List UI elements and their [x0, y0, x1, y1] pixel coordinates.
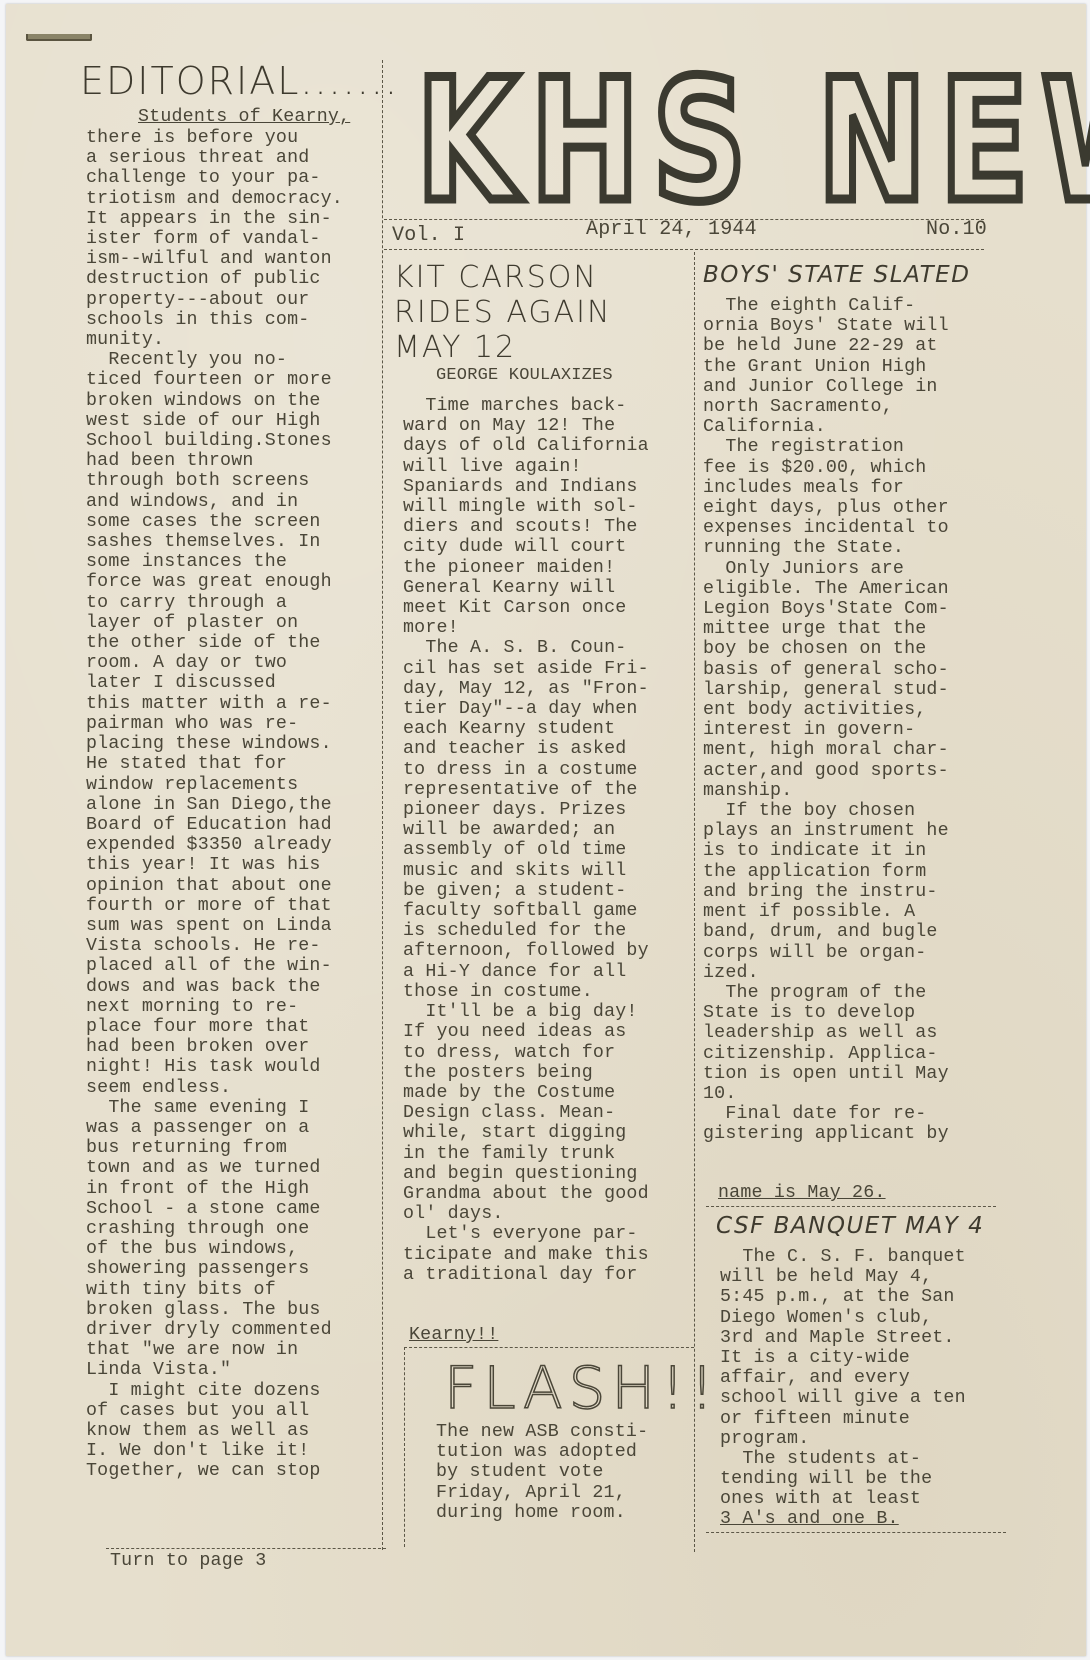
csf-last-line: 3 A's and one B.	[720, 1509, 899, 1529]
kit-carson-line: a Hi-Y dance for all	[403, 962, 693, 982]
editorial-line: alone in San Diego,the	[86, 795, 376, 815]
editorial-line: room. A day or two	[86, 653, 376, 673]
boys-state-line: citizenship. Applica-	[703, 1044, 993, 1064]
flash-body: The new ASB consti-tution was adoptedby …	[436, 1422, 648, 1523]
kit-carson-line: a traditional day for	[403, 1265, 693, 1285]
editorial-salutation: Students of Kearny,	[138, 107, 350, 127]
csf-line: will be held May 4,	[720, 1267, 1010, 1287]
boys-state-line: ornia Boys' State will	[703, 316, 993, 336]
boys-state-line: larship, general stud-	[703, 680, 993, 700]
kit-carson-line: to dress in a costume	[403, 760, 693, 780]
kit-carson-line: Spaniards and Indians	[403, 477, 693, 497]
boys-state-line: If the boy chosen	[703, 801, 993, 821]
kit-carson-line: is scheduled for the	[403, 921, 693, 941]
editorial-line: driver dryly commented	[86, 1320, 376, 1340]
kit-carson-line: while, start digging	[403, 1123, 693, 1143]
boys-state-line: eight days, plus other	[703, 498, 993, 518]
csf-line: The C. S. F. banquet	[720, 1247, 1010, 1267]
csf-body: The C. S. F. banquetwill be held May 4,5…	[720, 1247, 1010, 1510]
editorial-line: destruction of public	[86, 269, 376, 289]
kit-carson-line: those in costume.	[403, 982, 693, 1002]
csf-line: It is a city-wide	[720, 1348, 1010, 1368]
editorial-salutation-text: Students of Kearny,	[138, 107, 350, 127]
kit-carson-line: will mingle with sol-	[403, 497, 693, 517]
editorial-line: I. We don't like it!	[86, 1441, 376, 1461]
editorial-line: had been thrown	[86, 451, 376, 471]
editorial-line: place four more that	[86, 1017, 376, 1037]
kit-carson-line: in the family trunk	[403, 1144, 693, 1164]
boys-state-line: Legion Boys'State Com-	[703, 599, 993, 619]
masthead-date: April 24, 1944	[586, 220, 757, 240]
editorial-line: town and as we turned	[86, 1158, 376, 1178]
editorial-line: the other side of the	[86, 633, 376, 653]
boys-state-line: The eighth Calif-	[703, 296, 993, 316]
kit-carson-headline-line-3: MAY 12	[394, 330, 611, 365]
editorial-line: ticed fourteen or more	[86, 370, 376, 390]
kit-carson-line: If you need ideas as	[403, 1022, 693, 1042]
editorial-line: know them as well as	[86, 1421, 376, 1441]
editorial-heading: EDITORIAL.......	[80, 60, 399, 102]
kit-carson-line: and teacher is asked	[403, 739, 693, 759]
kit-carson-line: to dress, watch for	[403, 1043, 693, 1063]
editorial-line: sum was spent on Linda	[86, 916, 376, 936]
kit-carson-line: will live again!	[403, 457, 693, 477]
editorial-line: It appears in the sin-	[86, 209, 376, 229]
editorial-line: this year! It was his	[86, 855, 376, 875]
editorial-line: Board of Education had	[86, 815, 376, 835]
editorial-line: some cases the screen	[86, 512, 376, 532]
boys-state-line: and Junior College in	[703, 377, 993, 397]
boys-state-body: The eighth Calif-ornia Boys' State willb…	[703, 296, 993, 1145]
csf-bottom-rule	[706, 1532, 1006, 1533]
kit-carson-line: Design class. Mean-	[403, 1103, 693, 1123]
editorial-line: had been broken over	[86, 1037, 376, 1057]
masthead-title-text: KHS NEWS	[416, 56, 1090, 226]
flash-line: tution was adopted	[436, 1442, 648, 1462]
editorial-line: later I discussed	[86, 673, 376, 693]
boys-state-line: be held June 22-29 at	[703, 336, 993, 356]
editorial-line: next morning to re-	[86, 997, 376, 1017]
editorial-line: property---about our	[86, 290, 376, 310]
editorial-line: expended $3350 already	[86, 835, 376, 855]
kit-carson-line: the posters being	[403, 1063, 693, 1083]
kit-carson-line: and begin questioning	[403, 1164, 693, 1184]
editorial-line: bus returning from	[86, 1138, 376, 1158]
editorial-line: Recently you no-	[86, 350, 376, 370]
editorial-line: triotism and democracy.	[86, 189, 376, 209]
boys-state-line: Only Juniors are	[703, 559, 993, 579]
masthead-volume: Vol. I	[392, 226, 465, 246]
csf-last-line-text: 3 A's and one B.	[720, 1509, 899, 1529]
newspaper-page: EDITORIAL....... Students of Kearny, the…	[6, 4, 1086, 1656]
kit-carson-byline: GEORGE KOULAXIZES	[436, 366, 613, 386]
editorial-line: challenge to your pa-	[86, 168, 376, 188]
kit-carson-headline-line-1: KIT CARSON	[394, 260, 611, 295]
kit-carson-line: faculty softball game	[403, 901, 693, 921]
editorial-line: He stated that for	[86, 754, 376, 774]
csf-line: 3rd and Maple Street.	[720, 1328, 1010, 1348]
csf-banquet-headline: CSF BANQUET MAY 4	[716, 1212, 984, 1240]
column-divider-right	[694, 252, 695, 1552]
kit-carson-line: cil has set aside Fri-	[403, 659, 693, 679]
kit-carson-line: Let's everyone par-	[403, 1224, 693, 1244]
editorial-line: seem endless.	[86, 1078, 376, 1098]
boys-state-line: gistering applicant by	[703, 1124, 993, 1144]
editorial-line: Linda Vista."	[86, 1360, 376, 1380]
editorial-line: broken windows on the	[86, 391, 376, 411]
csf-line: school will give a ten	[720, 1388, 1010, 1408]
boys-state-line: running the State.	[703, 538, 993, 558]
boys-state-line: corps will be organ-	[703, 943, 993, 963]
csf-line: tending will be the	[720, 1469, 1010, 1489]
boys-state-line: interest in govern-	[703, 720, 993, 740]
kit-carson-line: It'll be a big day!	[403, 1002, 693, 1022]
staple	[26, 34, 92, 41]
kit-carson-line: pioneer days. Prizes	[403, 800, 693, 820]
editorial-line: with tiny bits of	[86, 1280, 376, 1300]
kit-carson-line: ward on May 12! The	[403, 416, 693, 436]
kit-carson-line: city dude will court	[403, 537, 693, 557]
editorial-line: ism--wilful and wanton	[86, 249, 376, 269]
editorial-line: this matter with a re-	[86, 694, 376, 714]
flash-line: The new ASB consti-	[436, 1422, 648, 1442]
editorial-line: west side of our High	[86, 411, 376, 431]
boys-state-line: California.	[703, 417, 993, 437]
boys-state-line: north Sacramento,	[703, 397, 993, 417]
boys-state-last-line: name is May 26.	[718, 1183, 886, 1203]
editorial-body: there is before youa serious threat andc…	[86, 128, 376, 1482]
boys-state-line: band, drum, and bugle	[703, 922, 993, 942]
csf-line: Diego Women's club,	[720, 1308, 1010, 1328]
editorial-line: I might cite dozens	[86, 1381, 376, 1401]
boys-state-line: ment, high moral char-	[703, 740, 993, 760]
flash-line: during home room.	[436, 1503, 648, 1523]
boys-state-line: expenses incidental to	[703, 518, 993, 538]
editorial-line: through both screens	[86, 471, 376, 491]
editorial-line: School - a stone came	[86, 1199, 376, 1219]
boys-state-line: acter,and good sports-	[703, 761, 993, 781]
column-divider-left	[382, 60, 383, 1550]
editorial-line: munity.	[86, 330, 376, 350]
kit-carson-line: Grandma about the good	[403, 1184, 693, 1204]
kit-carson-line: made by the Costume	[403, 1083, 693, 1103]
editorial-line: window replacements	[86, 775, 376, 795]
editorial-line: in front of the High	[86, 1179, 376, 1199]
editorial-line: School building.Stones	[86, 431, 376, 451]
editorial-line: Together, we can stop	[86, 1461, 376, 1481]
editorial-line: schools in this com-	[86, 310, 376, 330]
editorial-line: placing these windows.	[86, 734, 376, 754]
boys-state-line: plays an instrument he	[703, 821, 993, 841]
csf-line: ones with at least	[720, 1489, 1010, 1509]
boys-state-line: the Grant Union High	[703, 357, 993, 377]
kit-carson-line: Time marches back-	[403, 396, 693, 416]
kit-carson-line: days of old California	[403, 436, 693, 456]
boys-state-line: boy be chosen on the	[703, 639, 993, 659]
editorial-line: layer of plaster on	[86, 613, 376, 633]
boys-state-line: State is to develop	[703, 1003, 993, 1023]
kit-carson-line: more!	[403, 618, 693, 638]
masthead-rule-bottom	[384, 249, 984, 250]
editorial-line: Vista schools. He re-	[86, 936, 376, 956]
csf-line: affair, and every	[720, 1368, 1010, 1388]
editorial-line: force was great enough	[86, 572, 376, 592]
csf-line: program.	[720, 1429, 1010, 1449]
boys-state-line: includes meals for	[703, 478, 993, 498]
csf-line: The students at-	[720, 1449, 1010, 1469]
editorial-line: a serious threat and	[86, 148, 376, 168]
editorial-line: that "we are now in	[86, 1340, 376, 1360]
kit-carson-line: day, May 12, as "Fron-	[403, 679, 693, 699]
boys-state-line: the application form	[703, 862, 993, 882]
flash-line: by student vote	[436, 1462, 648, 1482]
boys-state-line: manship.	[703, 781, 993, 801]
editorial-line: crashing through one	[86, 1219, 376, 1239]
masthead-issue: No.10	[926, 220, 987, 240]
boys-state-line: tion is open until May	[703, 1064, 993, 1084]
kit-carson-line: each Kearny student	[403, 719, 693, 739]
boys-state-line: leadership as well as	[703, 1023, 993, 1043]
boys-state-line: fee is $20.00, which	[703, 458, 993, 478]
kit-carson-line: representative of the	[403, 780, 693, 800]
editorial-line: placed all of the win-	[86, 956, 376, 976]
editorial-line: pairman who was re-	[86, 714, 376, 734]
editorial-line: sashes themselves. In	[86, 532, 376, 552]
kit-carson-line: tier Day"--a day when	[403, 699, 693, 719]
boys-state-line: eligible. The American	[703, 579, 993, 599]
boys-state-line: ent body activities,	[703, 700, 993, 720]
kit-carson-line: meet Kit Carson once	[403, 598, 693, 618]
editorial-line: dows and was back the	[86, 977, 376, 997]
kit-carson-line: General Kearny will	[403, 578, 693, 598]
editorial-line: was a passenger on a	[86, 1118, 376, 1138]
editorial-line: to carry through a	[86, 593, 376, 613]
editorial-line: of cases but you all	[86, 1401, 376, 1421]
kit-carson-headline: KIT CARSON RIDES AGAIN MAY 12	[394, 260, 611, 365]
boys-state-line: basis of general scho-	[703, 660, 993, 680]
editorial-line: night! His task would	[86, 1057, 376, 1077]
editorial-line: showering passengers	[86, 1259, 376, 1279]
kit-carson-line: diers and scouts! The	[403, 517, 693, 537]
boys-state-line: mittee urge that the	[703, 619, 993, 639]
kit-carson-line: be given; a student-	[403, 881, 693, 901]
boys-state-line: ment if possible. A	[703, 902, 993, 922]
boys-state-line: The registration	[703, 437, 993, 457]
flash-heading: FLASH!!	[444, 1358, 720, 1418]
kit-carson-headline-line-2: RIDES AGAIN	[394, 295, 611, 330]
editorial-line: The same evening I	[86, 1098, 376, 1118]
boys-state-line: ized.	[703, 963, 993, 983]
editorial-line: broken glass. The bus	[86, 1300, 376, 1320]
boys-state-line: 10.	[703, 1084, 993, 1104]
kit-carson-line: ticipate and make this	[403, 1245, 693, 1265]
kit-carson-line: assembly of old time	[403, 840, 693, 860]
editorial-continuation: Turn to page 3	[110, 1551, 266, 1571]
boys-state-line: The program of the	[703, 983, 993, 1003]
editorial-bottom-rule	[106, 1548, 386, 1549]
editorial-line: there is before you	[86, 128, 376, 148]
boys-state-last-line-text: name is May 26.	[718, 1183, 886, 1203]
flash-line: Friday, April 21,	[436, 1483, 648, 1503]
editorial-line: ister form of vandal-	[86, 229, 376, 249]
kit-carson-last-line: Kearny!!	[409, 1325, 498, 1345]
boys-state-line: and bring the instru-	[703, 882, 993, 902]
flash-left-rule	[404, 1347, 405, 1547]
csf-line: or fifteen minute	[720, 1409, 1010, 1429]
boys-state-headline: BOYS' STATE SLATED	[703, 261, 970, 289]
csf-line: 5:45 p.m., at the San	[720, 1287, 1010, 1307]
kit-carson-line: afternoon, followed by	[403, 941, 693, 961]
editorial-line: of the bus windows,	[86, 1239, 376, 1259]
boys-state-line: Final date for re-	[703, 1104, 993, 1124]
kit-carson-line: The A. S. B. Coun-	[403, 638, 693, 658]
editorial-line: fourth or more of that	[86, 896, 376, 916]
kit-carson-line: will be awarded; an	[403, 820, 693, 840]
editorial-line: some instances the	[86, 552, 376, 572]
kit-carson-line: ol' days.	[403, 1204, 693, 1224]
csf-top-rule	[706, 1206, 996, 1207]
masthead-title: KHS NEWS	[416, 56, 976, 226]
editorial-line: and windows, and in	[86, 492, 376, 512]
editorial-line: opinion that about one	[86, 876, 376, 896]
kit-carson-line: the pioneer maiden!	[403, 558, 693, 578]
boys-state-line: is to indicate it in	[703, 841, 993, 861]
kit-carson-last-line-text: Kearny!!	[409, 1325, 498, 1345]
kit-carson-line: music and skits will	[403, 861, 693, 881]
kit-carson-body: Time marches back-ward on May 12! Theday…	[403, 396, 693, 1285]
flash-top-rule	[404, 1347, 694, 1348]
